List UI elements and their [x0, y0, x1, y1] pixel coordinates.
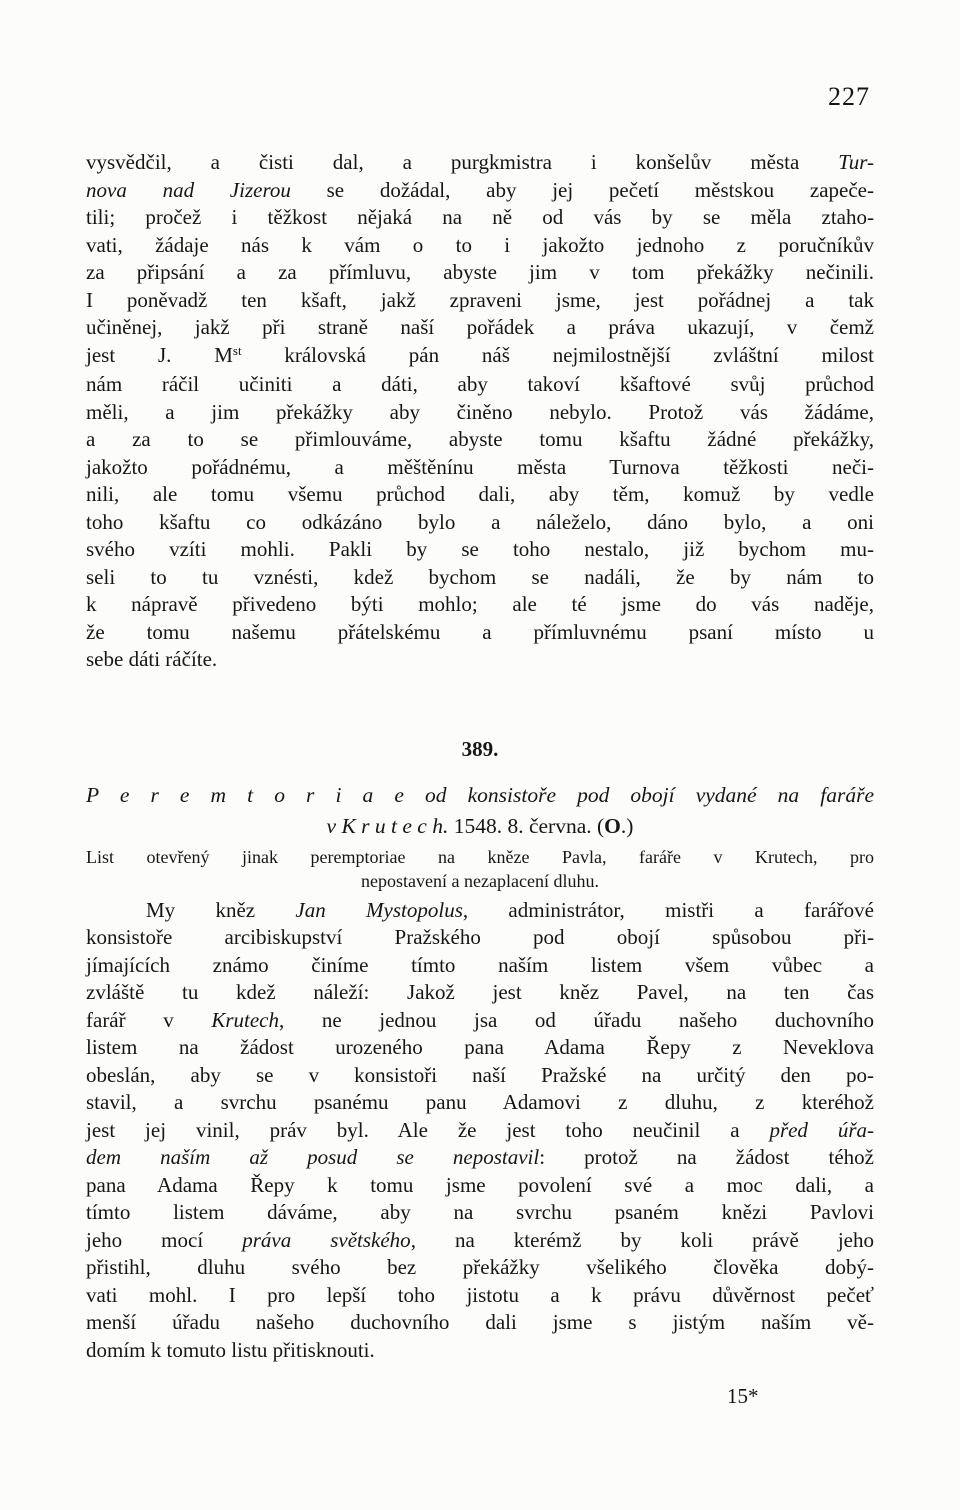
entry-note: List otevřený jinak peremptoriae na kněz… — [86, 845, 874, 893]
text-line: vati, žádaje nás k vám o to i jakožto je… — [86, 232, 874, 260]
text-line: nova nad Jizerou se dožádal, aby jej peč… — [86, 177, 874, 205]
text-line: svého vzíti mohli. Pakli by se toho nest… — [86, 536, 874, 564]
text-line: zvláště tu kdež náleží: Jakož jest kněz … — [86, 979, 874, 1007]
text-line: měli, a jim překážky aby činěno nebylo. … — [86, 399, 874, 427]
text-line: učiněnej, jakž při straně naší pořádek a… — [86, 314, 874, 342]
text-line: sebe dáti ráčíte. — [86, 646, 874, 674]
text-line: k nápravě přivedeno býti mohlo; ale té j… — [86, 591, 874, 619]
signature-mark: 15* — [727, 1384, 759, 1409]
text-line: I poněvadž ten kšaft, jakž zpraveni jsme… — [86, 287, 874, 315]
paragraph-continuation: vysvědčil, a čisti dal, a purgkmistra i … — [86, 149, 874, 674]
text-line: toho kšaftu co odkázáno bylo a náleželo,… — [86, 509, 874, 537]
text-line: My kněz Jan Mystopolus, administrátor, m… — [86, 897, 874, 925]
text-line: obeslán, aby se v konsistoři naší Pražsk… — [86, 1062, 874, 1090]
text-line: konsistoře arcibiskupství Pražského pod … — [86, 924, 874, 952]
text-line: menší úřadu našeho duchovního dali jsme … — [86, 1309, 874, 1337]
text-line: pana Adama Řepy k tomu jsme povolení své… — [86, 1172, 874, 1200]
text-line: a za to se přimlouváme, abyste tomu kšaf… — [86, 426, 874, 454]
page-number: 227 — [828, 82, 870, 112]
text-line: listem na žádost urozeného pana Adama Ře… — [86, 1034, 874, 1062]
entry-title: P e r e m t o r i a e od konsistoře pod … — [86, 780, 874, 842]
text-line: za připsání a za přímluvu, abyste jim v … — [86, 259, 874, 287]
entry-number: 389. — [86, 736, 874, 763]
text-line: v K r u t e c h. 1548. 8. června. (O.) — [86, 811, 874, 842]
entry-body: My kněz Jan Mystopolus, administrátor, m… — [86, 897, 874, 1365]
text-line: dem naším až posud se nepostavil: protož… — [86, 1144, 874, 1172]
text-line: jeho mocí práva světského, na kterémž by… — [86, 1227, 874, 1255]
text-line: farář v Krutech, ne jednou jsa od úřadu … — [86, 1007, 874, 1035]
text-line: přistihl, dluhu svého bez překážky všeli… — [86, 1254, 874, 1282]
text-line: nepostavení a nezaplacení dluhu. — [86, 869, 874, 893]
text-line: že tomu našemu přátelskému a přímluvnému… — [86, 619, 874, 647]
text-line: jest J. Mst královská pán náš nejmilostn… — [86, 342, 874, 372]
text-block: vysvědčil, a čisti dal, a purgkmistra i … — [86, 149, 874, 1364]
text-line: List otevřený jinak peremptoriae na kněz… — [86, 845, 874, 869]
text-line: vati mohl. I pro lepší toho jistotu a k … — [86, 1282, 874, 1310]
text-line: vysvědčil, a čisti dal, a purgkmistra i … — [86, 149, 874, 177]
text-line: tímto listem dáváme, aby na svrchu psané… — [86, 1199, 874, 1227]
text-line: jest jej vinil, práv byl. Ale že jest to… — [86, 1117, 874, 1145]
scanned-book-page: 227 vysvědčil, a čisti dal, a purgkmistr… — [0, 0, 960, 1510]
text-line: nili, ale tomu všemu průchod dali, aby t… — [86, 481, 874, 509]
text-line: jakožto pořádnému, a měštěnínu města Tur… — [86, 454, 874, 482]
text-line: P e r e m t o r i a e od konsistoře pod … — [86, 780, 874, 811]
text-line: jímajících známo činíme tímto naším list… — [86, 952, 874, 980]
text-line: stavil, a svrchu psanému panu Adamovi z … — [86, 1089, 874, 1117]
text-line: domím k tomuto listu přitisknouti. — [86, 1337, 874, 1365]
text-line: tili; pročež i těžkost nějaká na ně od v… — [86, 204, 874, 232]
text-line: seli to tu vznésti, kdež bychom se nadál… — [86, 564, 874, 592]
text-line: nám ráčil učiniti a dáti, aby takoví kša… — [86, 371, 874, 399]
